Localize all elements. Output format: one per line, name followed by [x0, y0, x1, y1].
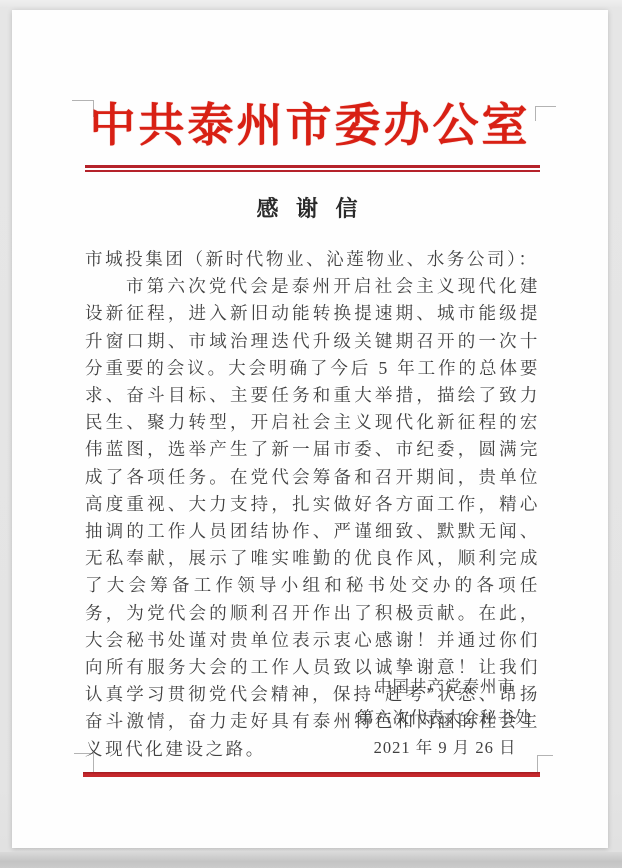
footer-rule: [83, 772, 540, 777]
signature-org-line-2: 第六次代表大会秘书处: [330, 703, 560, 734]
letter-title: 感 谢 信: [12, 194, 608, 224]
photo-surface-edge: [0, 852, 622, 868]
letterhead-rule-bottom: [85, 170, 540, 172]
letter-page: 中共泰州市委办公室 感 谢 信 市城投集团（新时代物业、沁莲物业、水务公司）： …: [12, 10, 608, 848]
letterhead-org-name: 中共泰州市委办公室: [12, 98, 608, 154]
salutation-line: 市城投集团（新时代物业、沁莲物业、水务公司）：: [85, 246, 540, 273]
signature-org-line-1: 中国共产党泰州市: [330, 672, 560, 703]
photo-background: 中共泰州市委办公室 感 谢 信 市城投集团（新时代物业、沁莲物业、水务公司）： …: [0, 0, 622, 868]
letterhead-double-rule: [85, 165, 540, 172]
letterhead-rule-top: [85, 165, 540, 168]
signature-block: 中国共产党泰州市 第六次代表大会秘书处 2021 年 9 月 26 日: [330, 672, 560, 764]
signature-date: 2021 年 9 月 26 日: [330, 733, 560, 764]
